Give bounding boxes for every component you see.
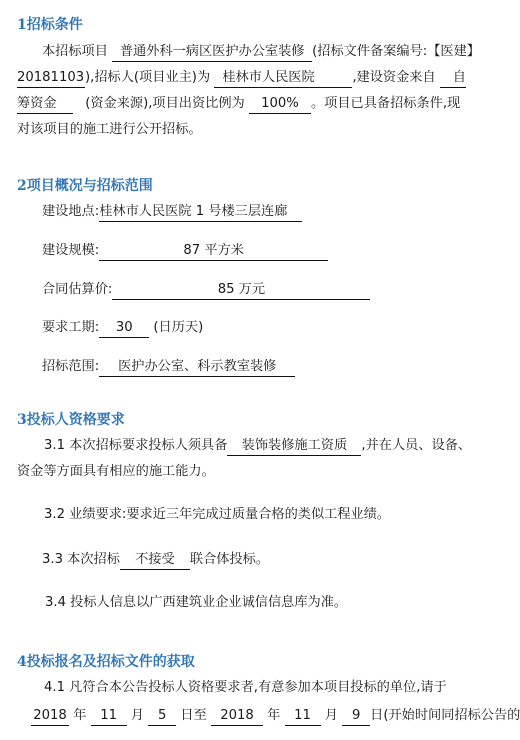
fund-source-field-part2: 筹资金 [17, 94, 73, 114]
text: 年 [267, 708, 280, 723]
construction-site-field: 桂林市人民医院 1 号楼三层连廊 [99, 202, 302, 222]
label: 要求工期: [42, 320, 99, 335]
para-3-1-line-2: 资金等方面具有相应的施工能力。 [17, 462, 215, 482]
label: 建设规模: [42, 243, 99, 258]
item-duration: 要求工期:30 (日历天) [42, 318, 203, 338]
contract-price-field: 85 万元 [112, 280, 370, 300]
fund-source-field-part1: 自 [440, 68, 466, 88]
text: 3.3 本次招标 [42, 552, 120, 567]
text: 3.1 本次招标要求投标人须具备 [44, 438, 227, 453]
item-contract-price: 合同估算价:85 万元 [42, 280, 370, 300]
text: 月 [131, 708, 144, 723]
label: 合同估算价: [42, 282, 112, 297]
text: ),招标人(项目业主)为 [85, 70, 210, 85]
section-heading-4: 4投标报名及招标文件的获取 [17, 652, 195, 672]
text: 联合体投标。 [190, 552, 269, 567]
qualification-field: 装饰装修施工资质 [227, 436, 361, 456]
text: 日至 [180, 708, 206, 723]
fund-ratio-field: 100% [249, 94, 311, 114]
text: (招标文件备案编号:【医建】 [312, 44, 480, 59]
start-day-field: 5 [148, 706, 176, 726]
para-1-line-4: 对该项目的施工进行公开招标。 [17, 120, 202, 140]
project-name-field: 普通外科一病区医护办公室装修 [112, 42, 312, 62]
end-day-field: 9 [342, 706, 370, 726]
label: 招标范围: [42, 359, 99, 374]
duration-field: 30 [99, 318, 149, 338]
tender-scope-field: 医护办公室、科示教室装修 [99, 357, 295, 377]
label: 建设地点: [42, 204, 99, 219]
item-construction-scale: 建设规模:87 平方米 [42, 241, 328, 261]
text: 。项目已具备招标条件,现 [311, 96, 460, 111]
para-3-2: 3.2 业绩要求:要求近三年完成过质量合格的类似工程业绩。 [44, 505, 390, 525]
filing-number-field: 20181103 [17, 68, 85, 88]
start-year-field: 2018 [31, 706, 69, 726]
text: 日(开始时间同招标公告的 [370, 708, 520, 723]
para-4-1-line-2: 2018 年 11 月 5 日至 2018 年 11 月 9日(开始时间同招标公… [31, 706, 520, 726]
item-tender-scope: 招标范围:医护办公室、科示教室装修 [42, 357, 295, 377]
para-1-line-2: 20181103),招标人(项目业主)为 桂林市人民医院,建设资金来自 自 [17, 68, 466, 88]
text: 月 [325, 708, 338, 723]
end-month-field: 11 [285, 706, 321, 726]
text: ,建设资金来自 [352, 70, 435, 85]
para-1-line-3: 筹资金 (资金来源),项目出资比例为 100%。项目已具备招标条件,现 [17, 94, 460, 114]
text: (资金来源),项目出资比例为 [85, 96, 245, 111]
tenderer-field: 桂林市人民医院 [214, 68, 352, 88]
suffix: (日历天) [153, 320, 203, 335]
section-heading-1: 1招标条件 [17, 15, 83, 35]
para-3-1-line-1: 3.1 本次招标要求投标人须具备装饰装修施工资质,并在人员、设备、 [44, 436, 471, 456]
para-1-line-1: 本招标项目 普通外科一病区医护办公室装修(招标文件备案编号:【医建】 [42, 42, 480, 62]
para-3-3: 3.3 本次招标不接受联合体投标。 [42, 550, 269, 570]
section-heading-3: 3投标人资格要求 [17, 410, 125, 430]
text: ,并在人员、设备、 [361, 438, 471, 453]
consortium-field: 不接受 [120, 550, 190, 570]
para-3-4: 3.4 投标人信息以广西建筑业企业诚信信息库为准。 [45, 593, 347, 613]
construction-scale-field: 87 平方米 [99, 241, 328, 261]
text: 年 [73, 708, 86, 723]
end-year-field: 2018 [211, 706, 263, 726]
section-heading-2: 2项目概况与招标范围 [17, 176, 153, 196]
item-construction-site: 建设地点:桂林市人民医院 1 号楼三层连廊 [42, 202, 302, 222]
text: 本招标项目 [42, 44, 108, 59]
para-4-1-line-1: 4.1 凡符合本公告投标人资格要求者,有意参加本项目投标的单位,请于 [44, 678, 447, 698]
start-month-field: 11 [91, 706, 127, 726]
